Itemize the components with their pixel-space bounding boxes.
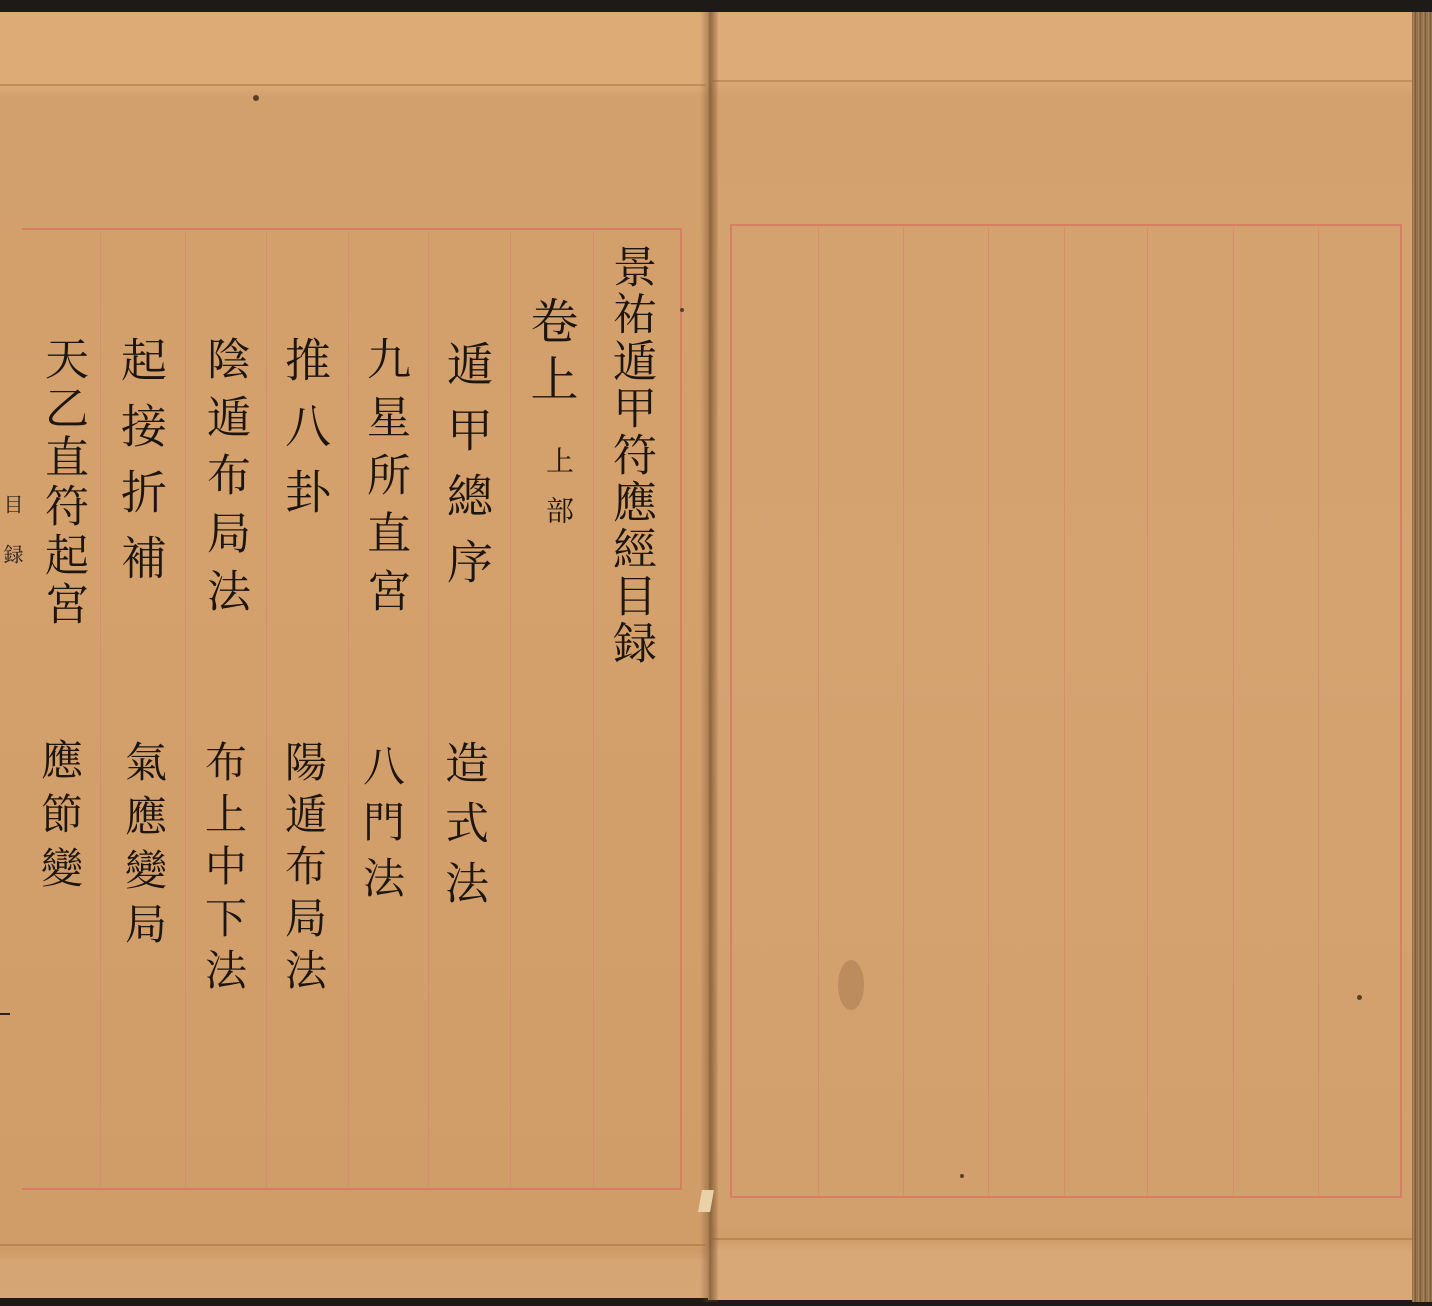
toc-entry: 應節變 bbox=[38, 738, 80, 900]
paper-speck bbox=[680, 308, 684, 312]
book-title: 景祐遁甲符應經目録 bbox=[608, 244, 652, 667]
right-frame bbox=[730, 224, 1402, 1198]
left-rule bbox=[510, 232, 511, 1188]
volume-subheading: 上部 bbox=[544, 446, 572, 546]
left-top-fold bbox=[0, 84, 705, 86]
left-bottom-fold bbox=[0, 1244, 705, 1246]
left-rule bbox=[185, 232, 186, 1188]
right-rule bbox=[818, 228, 819, 1196]
toc-entry: 氣應變局 bbox=[122, 740, 164, 956]
toc-entry: 起接折補 bbox=[118, 336, 164, 600]
left-rule bbox=[348, 232, 349, 1188]
paper-speck bbox=[1357, 995, 1362, 1000]
paper-speck bbox=[960, 1174, 964, 1178]
toc-entry: 推八卦 bbox=[282, 336, 328, 534]
right-rule bbox=[903, 228, 904, 1196]
margin-label: 目録 bbox=[0, 494, 27, 594]
paper-stain bbox=[838, 960, 864, 1010]
paper-speck bbox=[253, 95, 259, 101]
right-rule bbox=[1064, 228, 1065, 1196]
volume-heading: 卷上 bbox=[526, 296, 574, 412]
toc-entry: 九星所直宮 bbox=[362, 336, 406, 626]
left-rule bbox=[100, 232, 101, 1188]
right-rule bbox=[1147, 228, 1148, 1196]
toc-entry: 陽遁布局法 bbox=[282, 740, 324, 1000]
margin-page-mark bbox=[0, 1013, 10, 1015]
toc-entry: 布上中下法 bbox=[202, 740, 244, 1000]
right-bottom-fold bbox=[712, 1238, 1412, 1240]
toc-entry: 造式法 bbox=[440, 740, 484, 920]
right-rule bbox=[1318, 228, 1319, 1196]
toc-entry: 八門法 bbox=[360, 744, 402, 912]
left-rule bbox=[428, 232, 429, 1188]
right-top-fold bbox=[712, 80, 1412, 82]
page-stack-edge bbox=[1412, 12, 1432, 1302]
left-rule bbox=[266, 232, 267, 1188]
left-rule bbox=[593, 232, 594, 1188]
book-gutter bbox=[700, 12, 718, 1302]
toc-entry: 遁甲總序 bbox=[444, 340, 490, 604]
right-rule bbox=[1233, 228, 1234, 1196]
right-rule bbox=[988, 228, 989, 1196]
toc-entry: 陰遁布局法 bbox=[202, 336, 246, 626]
toc-entry: 天乙直符起宮 bbox=[40, 336, 84, 630]
